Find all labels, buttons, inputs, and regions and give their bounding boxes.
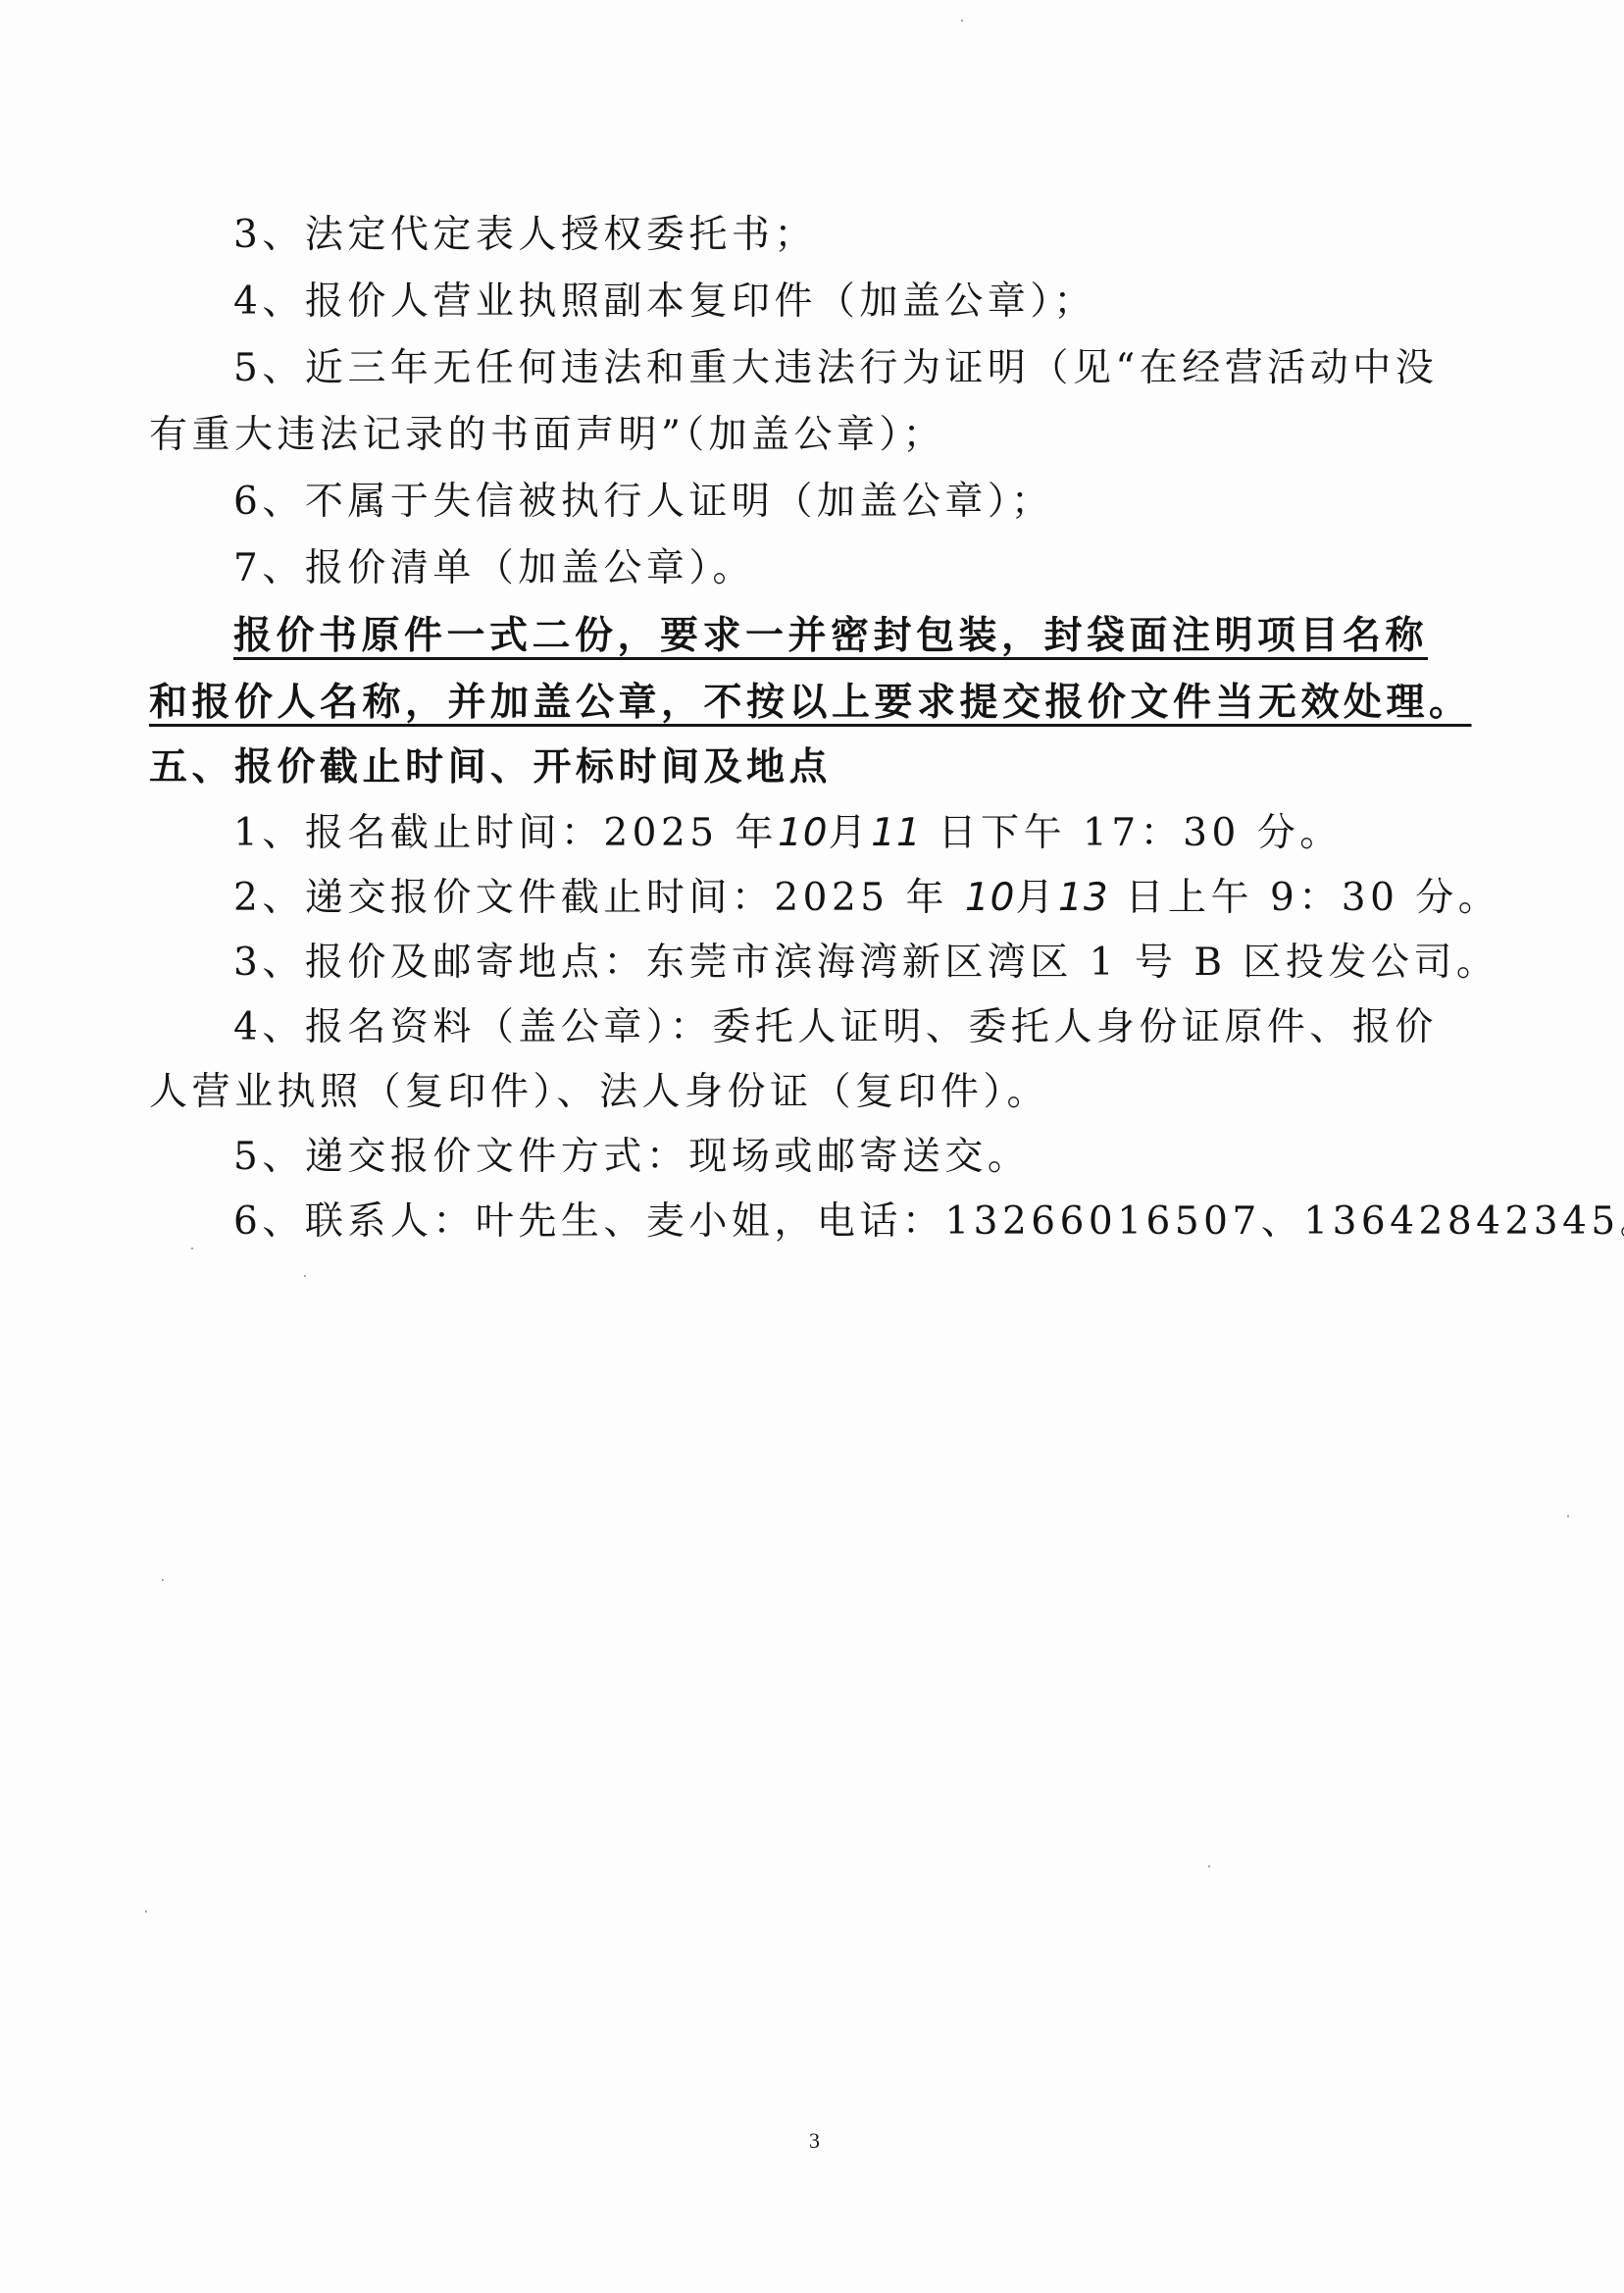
month-unit: 月	[1016, 876, 1059, 920]
handwritten-day: 11	[871, 811, 922, 855]
deadline-registration-suffix: 日下午 17：30 分。	[922, 811, 1343, 855]
deadline-submission-suffix: 日上午 9：30 分。	[1109, 876, 1501, 920]
deadline-submission-prefix: 2、递交报价文件截止时间：2025 年	[233, 876, 965, 920]
month-unit: 月	[829, 811, 872, 855]
list-item-4: 4、报价人营业执照副本复印件（加盖公章）；	[233, 273, 1096, 331]
deadline-submission: 2、递交报价文件截止时间：2025 年 10月13 日上午 9：30 分。	[233, 869, 1500, 928]
scan-speck	[145, 1911, 147, 1912]
registration-materials-line1: 4、报名资料（盖公章）：委托人证明、委托人身份证原件、报价	[233, 998, 1438, 1057]
scan-speck	[1208, 1865, 1210, 1867]
submission-method: 5、递交报价文件方式：现场或邮寄送交。	[233, 1128, 1030, 1187]
list-item-5-line1: 5、近三年无任何违法和重大违法行为证明（见“在经营活动中没	[233, 339, 1438, 398]
scan-speck	[961, 20, 963, 22]
notice-line-2: 和报价人名称，并加盖公章，不按以上要求提交报价文件当无效处理。	[149, 673, 1472, 732]
registration-materials-line2: 人营业执照（复印件）、法人身份证（复印件）。	[149, 1063, 1049, 1122]
scan-speck	[304, 1275, 306, 1277]
handwritten-month: 10	[778, 811, 829, 855]
list-item-6: 6、不属于失信被执行人证明（加盖公章）；	[233, 473, 1053, 532]
submission-address: 3、报价及邮寄地点：东莞市滨海湾新区湾区 1 号 B 区投发公司。	[233, 934, 1498, 993]
scan-speck	[1567, 1515, 1569, 1517]
list-item-7: 7、报价清单（加盖公章）。	[233, 539, 755, 598]
contact-info: 6、联系人：叶先生、麦小姐，电话：13266016507、13642842345…	[233, 1193, 1624, 1251]
list-item-3: 3、法定代定表人授权委托书；	[233, 206, 817, 265]
document-page: 3、法定代定表人授权委托书； 4、报价人营业执照副本复印件（加盖公章）； 5、近…	[0, 0, 1624, 2293]
deadline-registration: 1、报名截止时间：2025 年10月11 日下午 17：30 分。	[233, 804, 1343, 863]
handwritten-day: 13	[1058, 876, 1109, 920]
page-number: 3	[809, 2128, 820, 2154]
scan-speck	[191, 1248, 193, 1249]
scan-speck	[162, 1579, 164, 1581]
list-item-5-line2: 有重大违法记录的书面声明”（加盖公章）；	[149, 406, 945, 465]
deadline-registration-prefix: 1、报名截止时间：2025 年	[233, 811, 778, 855]
handwritten-month: 10	[965, 876, 1016, 920]
notice-line-1: 报价书原件一式二份，要求一并密封包装，封袋面注明项目名称	[233, 606, 1428, 665]
section-heading: 五、报价截止时间、开标时间及地点	[149, 738, 832, 796]
